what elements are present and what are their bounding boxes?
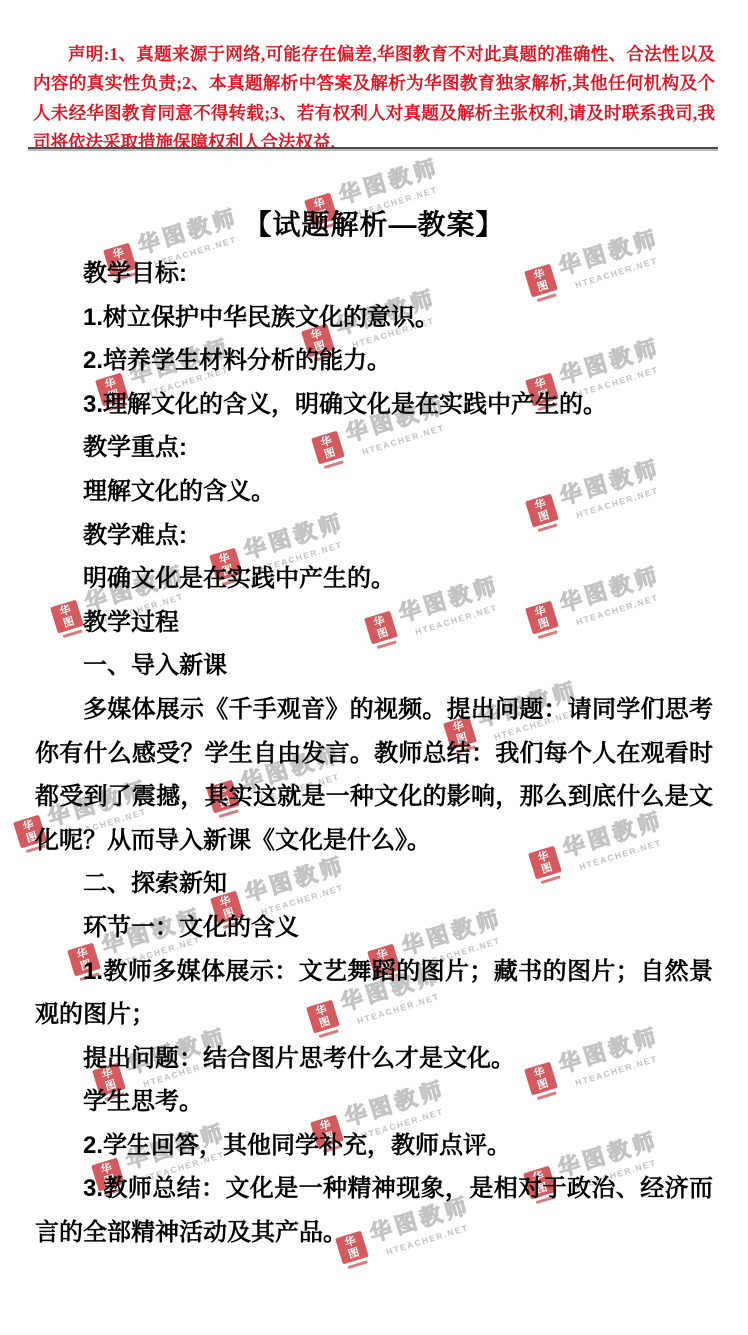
paragraph-body: 理解文化的含义。 xyxy=(35,470,713,514)
paragraph-body: 多媒体展示《千手观音》的视频。提出问题：请同学们思考你有什么感受？学生自由发言。… xyxy=(35,688,713,862)
document-content: 声明:1、真题来源于网络,可能存在偏差,华图教育不对此真题的准确性、合法性以及内… xyxy=(0,0,748,1335)
paragraph-body: 学生思考。 xyxy=(35,1080,713,1124)
paragraph-body: 3.理解文化的含义，明确文化是在实践中产生的。 xyxy=(35,383,713,427)
divider-line xyxy=(28,147,718,151)
paragraph-body: 1.教师多媒体展示：文艺舞蹈的图片；藏书的图片；自然景观的图片； xyxy=(35,950,713,1037)
paragraph-body: 1.树立保护中华民族文化的意识。 xyxy=(35,296,713,340)
paragraph-heading: 教学过程 xyxy=(35,601,713,645)
paragraph-body: 2.培养学生材料分析的能力。 xyxy=(35,339,713,383)
paragraph-heading: 一、导入新课 xyxy=(35,644,713,688)
paragraph-body: 提出问题：结合图片思考什么才是文化。 xyxy=(35,1037,713,1081)
document-body: 教学目标:1.树立保护中华民族文化的意识。2.培养学生材料分析的能力。3.理解文… xyxy=(35,252,713,1255)
paragraph-heading: 教学目标: xyxy=(35,252,713,296)
paragraph-heading: 环节一：文化的含义 xyxy=(35,906,713,950)
paragraph-heading: 教学重点: xyxy=(35,426,713,470)
paragraph-body: 2.学生回答，其他同学补充，教师点评。 xyxy=(35,1124,713,1168)
disclaimer-text: 声明:1、真题来源于网络,可能存在偏差,华图教育不对此真题的准确性、合法性以及内… xyxy=(33,40,715,157)
paragraph-body: 3.教师总结：文化是一种精神现象，是相对于政治、经济而言的全部精神活动及其产品。 xyxy=(35,1167,713,1254)
document-page: { "page": {"width": 748, "height": 1335,… xyxy=(0,0,748,1335)
page-title: 【试题解析—教案】 xyxy=(0,203,748,243)
paragraph-heading: 教学难点: xyxy=(35,514,713,558)
paragraph-body: 明确文化是在实践中产生的。 xyxy=(35,557,713,601)
paragraph-heading: 二、探索新知 xyxy=(35,862,713,906)
